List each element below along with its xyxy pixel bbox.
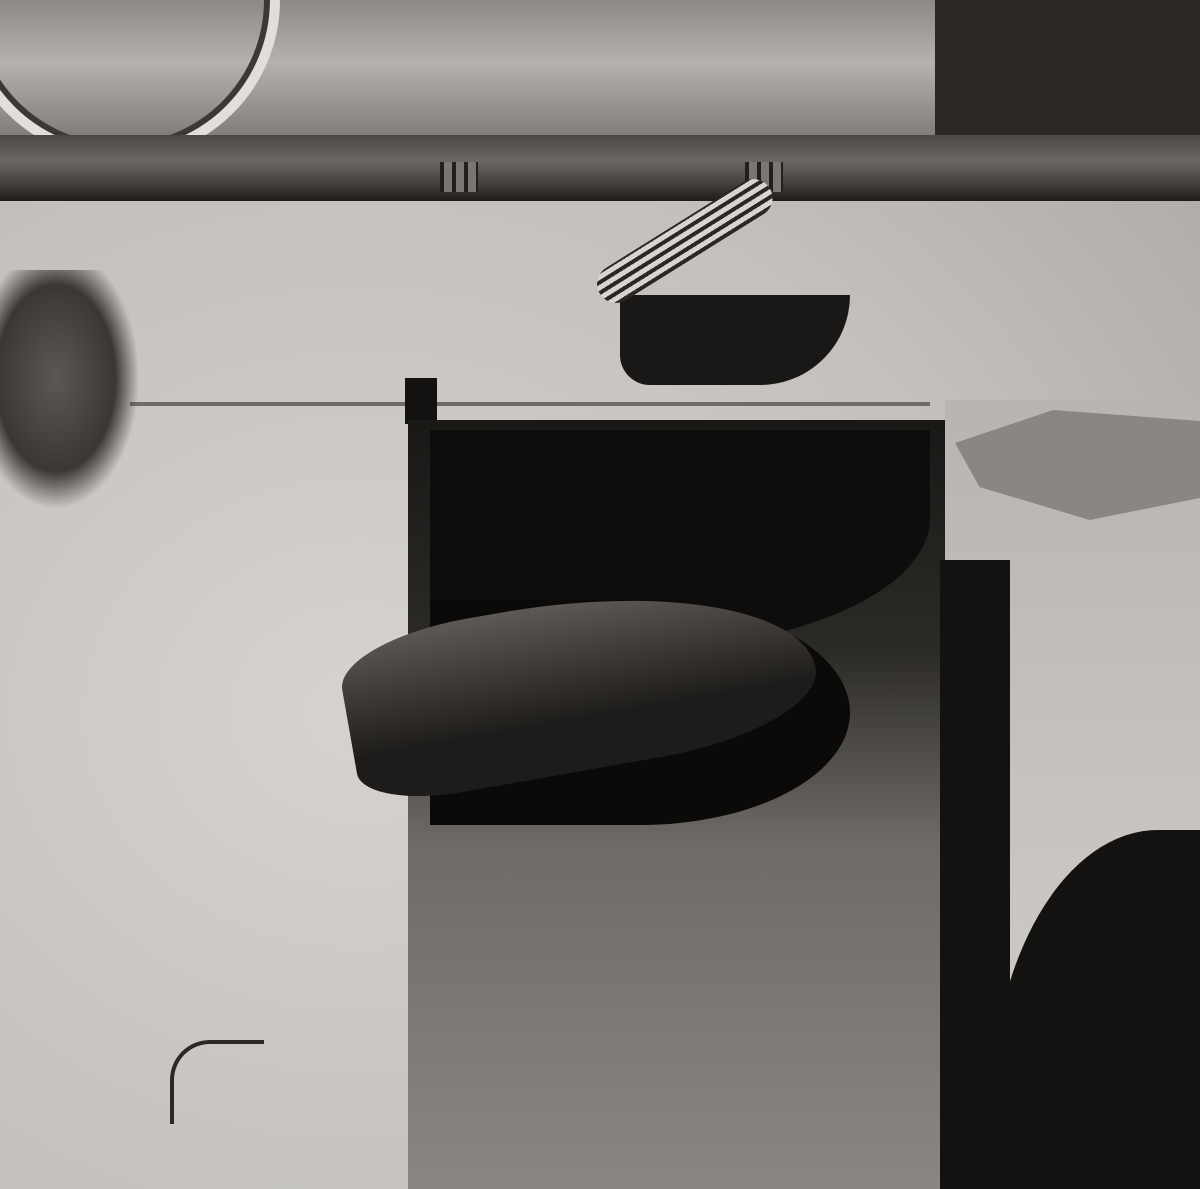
window-crank-handle <box>600 235 830 375</box>
door-frame-shadow <box>935 0 1200 140</box>
door-latch-hole <box>0 270 140 510</box>
photograph <box>0 0 1200 1189</box>
lock-slot <box>405 378 437 424</box>
handle-shadow <box>620 295 850 385</box>
chrome-window-rail <box>0 135 1200 201</box>
surface-crack <box>170 1040 264 1124</box>
panel-seam <box>130 402 930 406</box>
rail-ridge-mark <box>440 162 478 192</box>
